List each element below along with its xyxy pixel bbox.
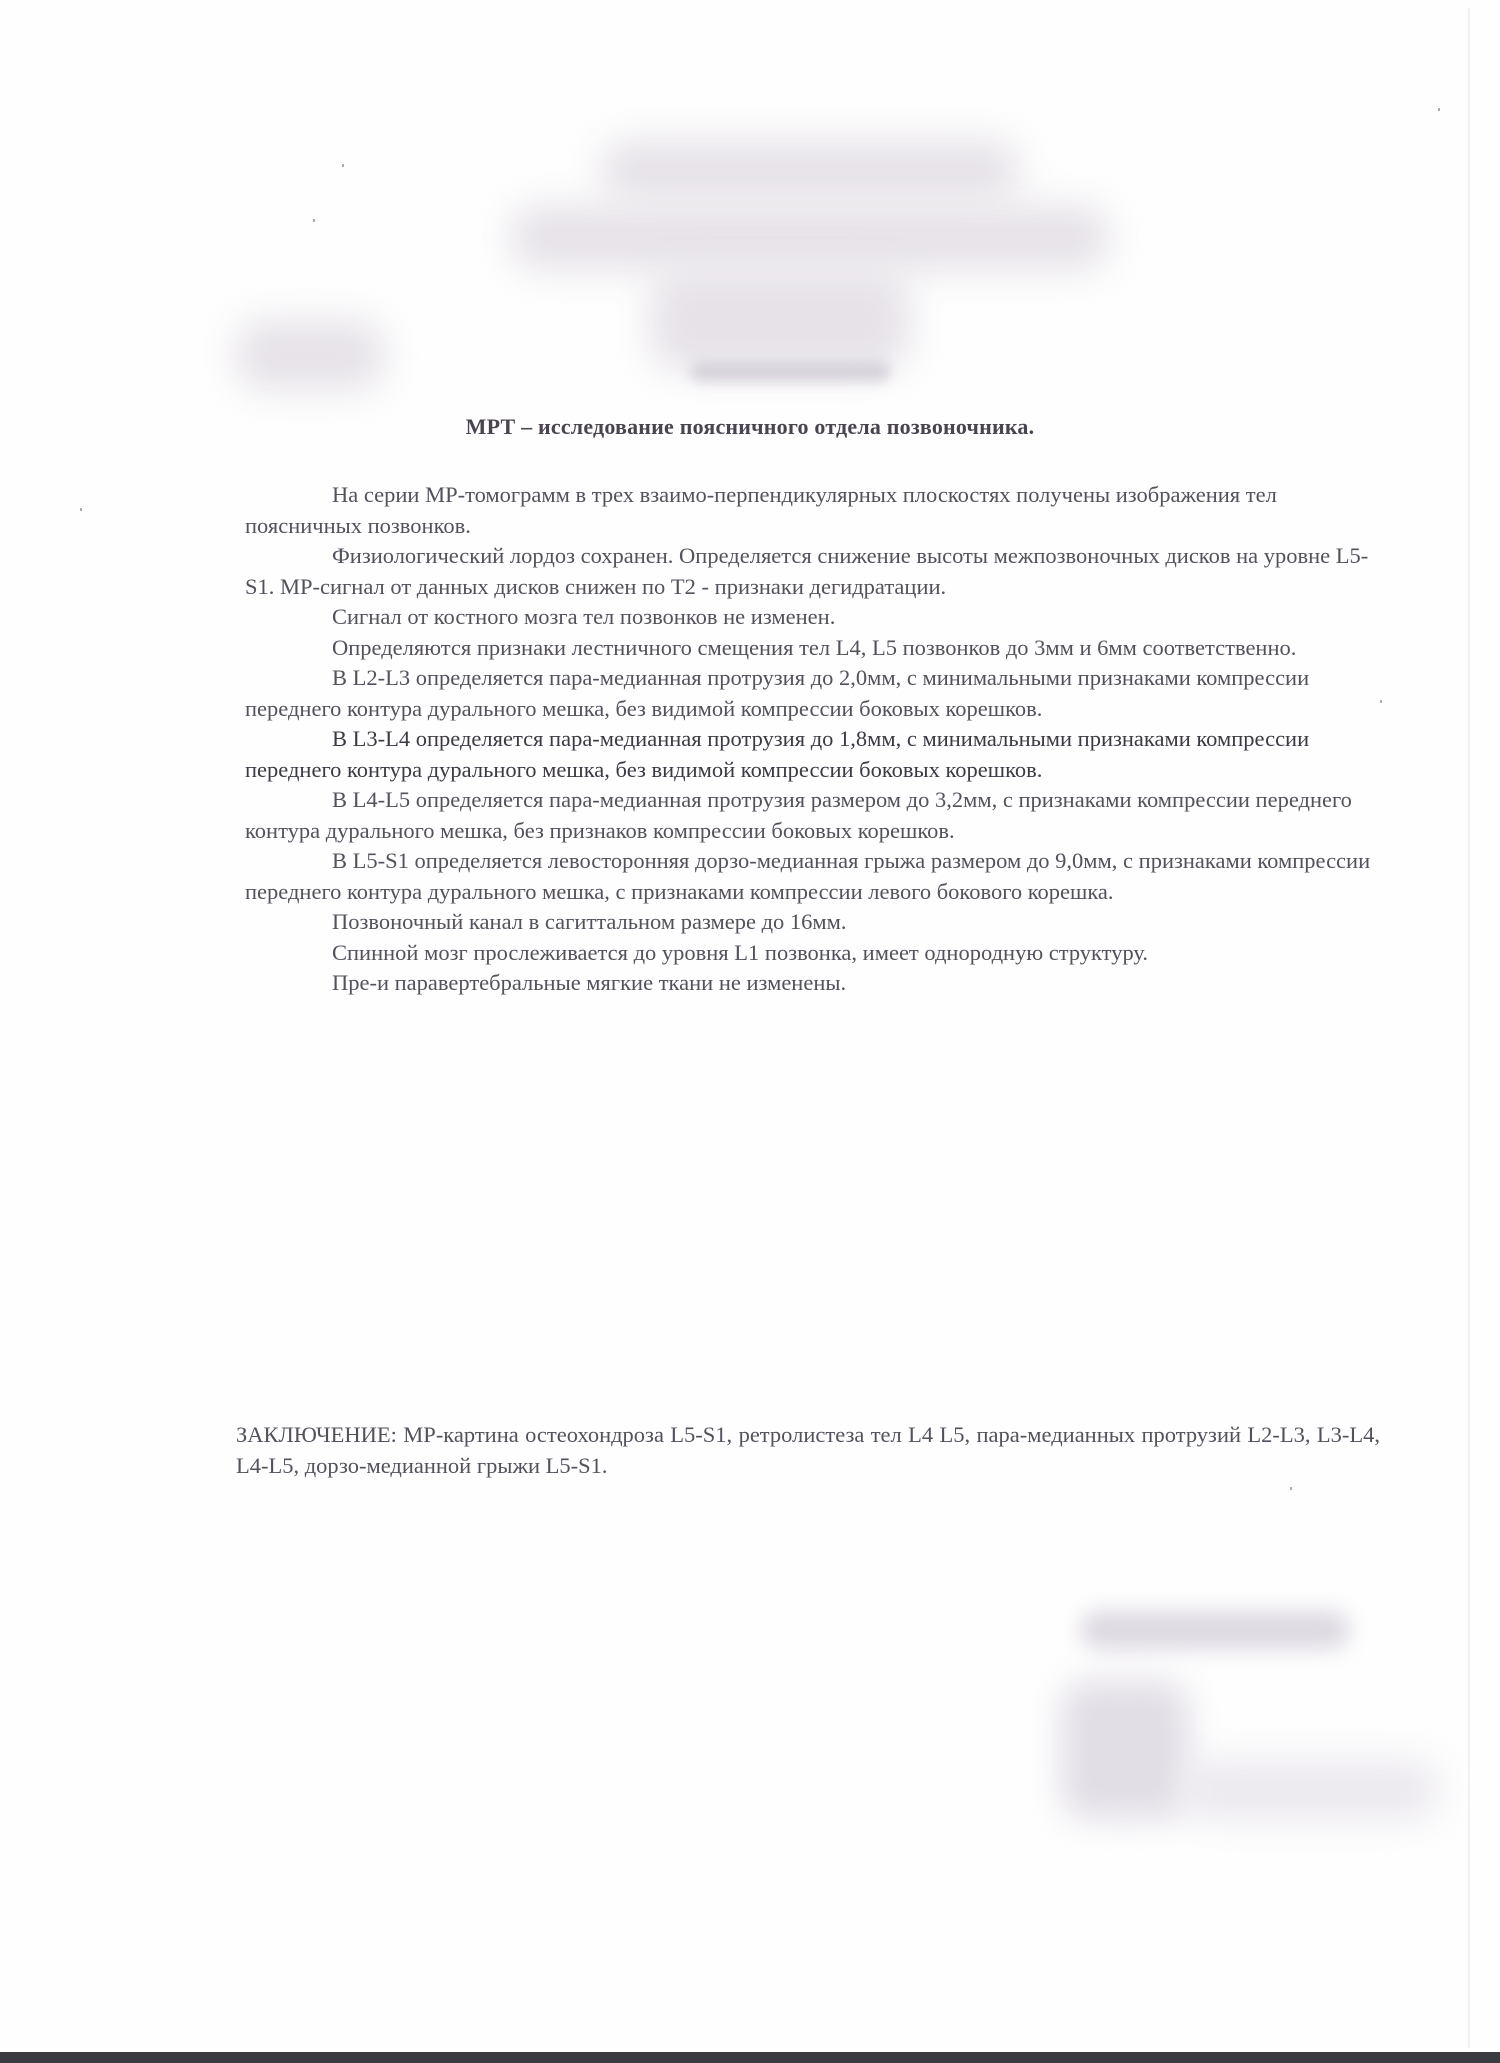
redacted-signature [1180,1760,1440,1820]
redacted-patient-name [690,360,890,382]
scan-speck [1438,108,1440,111]
redacted-header [650,270,910,370]
paragraph: Физиологический лордоз сохранен. Определ… [245,541,1385,602]
scan-speck [80,508,82,511]
paragraph: В L5-S1 определяется левосторонняя дорзо… [245,846,1385,907]
paragraph: Позвоночный канал в сагиттальном размере… [245,907,1385,938]
redacted-signature-name [1080,1610,1350,1650]
paragraph: Пре-и паравертебральные мягкие ткани не … [245,968,1385,999]
paragraph: В L2-L3 определяется пара-медианная прот… [245,663,1385,724]
page-edge [1468,8,1470,2048]
paragraph: На серии МР-томограмм в трех взаимо-перп… [245,480,1385,541]
conclusion: ЗАКЛЮЧЕНИЕ: МР-картина остеохондроза L5-… [236,1420,1380,1481]
redacted-signature [1060,1680,1190,1820]
paragraph: В L4-L5 определяется пара-медианная прот… [245,785,1385,846]
paragraph: Определяются признаки лестничного смещен… [245,633,1385,664]
scan-speck [313,219,315,222]
document-title: МРТ – исследование поясничного отдела по… [0,414,1500,440]
redacted-header [600,140,1020,200]
scan-speck [1290,1487,1292,1490]
redacted-header [510,205,1110,270]
paragraph: В L3-L4 определяется пара-медианная прот… [245,724,1385,785]
scanned-page: МРТ – исследование поясничного отдела по… [0,0,1500,2052]
findings-section: На серии МР-томограмм в трех взаимо-перп… [245,480,1385,999]
paragraph: Спинной мозг прослеживается до уровня L1… [245,938,1385,969]
redacted-header-left [235,320,385,390]
scan-speck [342,164,344,167]
scanner-bottom-edge [0,2052,1500,2063]
paragraph: Сигнал от костного мозга тел позвонков н… [245,602,1385,633]
